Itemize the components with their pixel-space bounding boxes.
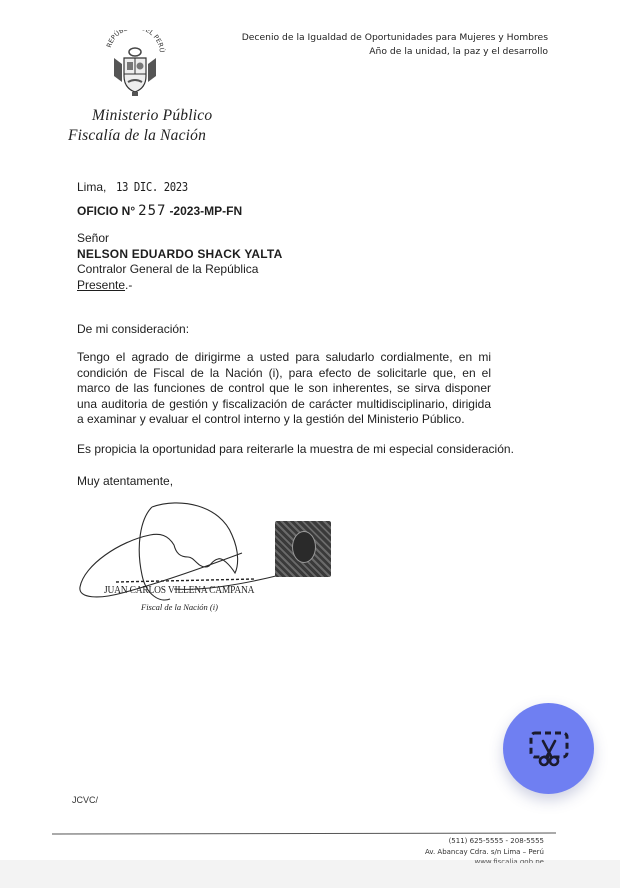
letter-date: Lima, 13 DIC. 2023	[77, 179, 200, 195]
signatory-title: Fiscal de la Nación (i)	[141, 602, 218, 612]
footer-website: www.fiscalia.gob.pe	[425, 857, 544, 863]
digital-seal-icon	[275, 521, 331, 577]
oficio-prefix: OFICIO N°	[77, 204, 135, 218]
city: Lima,	[77, 180, 106, 194]
date-stamp: 13 DIC. 2023	[116, 179, 188, 194]
signatory-name: JUAN CARLOS VILLENA CAMPANA	[104, 585, 254, 596]
oficio-suffix: -2023-MP-FN	[169, 204, 242, 218]
body-paragraph: Tengo el agrado de dirigirme a usted par…	[77, 350, 491, 428]
motto-decade: Decenio de la Igualdad de Oportunidades …	[242, 31, 548, 45]
present-suffix: .-	[125, 278, 132, 292]
footer-divider	[52, 832, 556, 834]
salutation: Señor	[77, 231, 282, 247]
motto-year: Año de la unidad, la paz y el desarrollo	[242, 45, 548, 59]
recipient-name: NELSON EDUARDO SHACK YALTA	[77, 247, 282, 263]
footer-phone: (511) 625-5555 - 208-5555	[425, 836, 544, 847]
reference-initials: JCVC/	[72, 793, 98, 808]
screenshot-crop-button[interactable]	[503, 703, 594, 794]
recipient-block: Señor NELSON EDUARDO SHACK YALTA Contral…	[77, 231, 282, 293]
peru-coat-of-arms-icon: REPÚBLICA DEL PERÚ	[100, 30, 170, 100]
oficio-number: 257	[138, 203, 166, 219]
footer-contact: (511) 625-5555 - 208-5555 Av. Abancay Cd…	[425, 836, 544, 863]
present-label: Presente	[77, 278, 125, 292]
footer-address: Av. Abancay Cdra. s/n Lima – Perú	[425, 847, 544, 858]
sign-off: Muy atentamente,	[77, 474, 173, 489]
fiscalia-name: Fiscalía de la Nación	[68, 126, 212, 146]
svg-text:REPÚBLICA DEL PERÚ: REPÚBLICA DEL PERÚ	[105, 30, 167, 53]
closing-paragraph: Es propicia la oportunidad para reiterar…	[77, 442, 514, 457]
oficio-reference: OFICIO N°257-2023-MP-FN	[77, 204, 242, 219]
ministry-letterhead: Ministerio Público Fiscalía de la Nación	[68, 106, 212, 146]
recipient-title: Contralor General de la República	[77, 262, 282, 278]
screenshot-crop-scissors-icon	[528, 730, 570, 768]
ministry-name: Ministerio Público	[68, 106, 212, 126]
greeting: De mi consideración:	[77, 322, 189, 337]
official-motto: Decenio de la Igualdad de Oportunidades …	[242, 31, 548, 59]
